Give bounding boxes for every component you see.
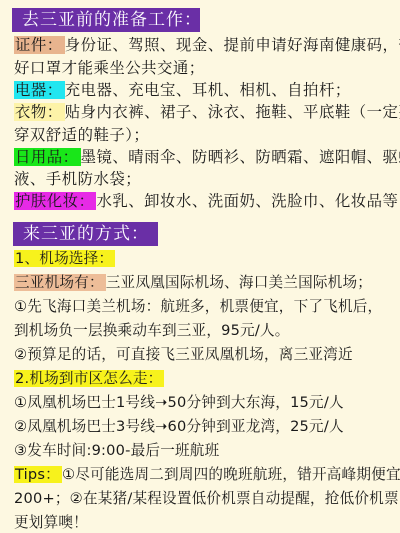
- item-documents: 证件：身份证、驾照、现金、提前申请好海南健康码，带: [14, 34, 392, 56]
- tips-line2: 200+；②在某猪/某程设置低价机票自动提醒，抢低价机票: [14, 488, 392, 510]
- tag-daily: 日用品：: [14, 148, 81, 166]
- departure-time: ③发车时间:9:00-最后一班航班: [14, 440, 392, 462]
- item-daily: 日用品：墨镜、晴雨伞、防晒衫、防晒霜、遮阳帽、驱蚊: [14, 146, 392, 168]
- item-electronics-text: 充电器、充电宝、耳机、相机、自拍杆；: [65, 81, 351, 99]
- bus-line-3: ②凤凰机场巴士3号线➝60分钟到亚龙湾，25元/人: [14, 416, 392, 438]
- tag-tips: Tips：: [14, 466, 62, 483]
- tips-text-1: ①尽可能选周二到周四的晚班航班，错开高峰期便宜: [62, 466, 400, 483]
- item-electronics: 电器：充电器、充电宝、耳机、相机、自拍杆；: [14, 79, 392, 101]
- option2: ②预算足的话，可直接飞三亚凤凰机场，离三亚湾近: [14, 344, 392, 366]
- tag-clothing: 衣物：: [14, 103, 65, 121]
- airport-choice: 1、机场选择：: [14, 248, 392, 270]
- tips-line1: Tips：①尽可能选周二到周四的晚班航班，错开高峰期便宜: [14, 464, 392, 486]
- travel-guide-page: 去三亚前的准备工作： 证件：身份证、驾照、现金、提前申请好海南健康码，带 好口罩…: [0, 0, 400, 533]
- section-header-preparation: 去三亚前的准备工作：: [12, 8, 200, 32]
- item-documents-text-2: 好口罩才能乘坐公共交通；: [14, 59, 205, 77]
- to-city: 2.机场到市区怎么走：: [14, 368, 392, 390]
- tag-skincare: 护肤化妆：: [14, 192, 96, 210]
- airports-list: 三亚机场有：三亚凤凰国际机场、海口美兰国际机场；: [14, 272, 392, 294]
- item-documents-cont: 好口罩才能乘坐公共交通；: [14, 57, 392, 79]
- item-clothing: 衣物：贴身内衣裤、裙子、泳衣、拖鞋、平底鞋（一定要: [14, 101, 392, 123]
- bus-line-1: ①凤凰机场巴士1号线➝50分钟到大东海，15元/人: [14, 392, 392, 414]
- tag-documents: 证件：: [14, 36, 65, 54]
- item-daily-cont: 液、手机防水袋；: [14, 168, 392, 190]
- item-clothing-cont: 穿双舒适的鞋子）；: [14, 124, 392, 146]
- item-daily-text-2: 液、手机防水袋；: [14, 170, 141, 188]
- item-documents-text: 身份证、驾照、现金、提前申请好海南健康码，带: [65, 36, 400, 54]
- item-clothing-text: 贴身内衣裤、裙子、泳衣、拖鞋、平底鞋（一定要: [65, 103, 400, 121]
- tag-electronics: 电器：: [14, 81, 65, 99]
- tips-line3: 更划算噢！: [14, 512, 392, 533]
- option1-line1: ①先飞海口美兰机场：航班多，机票便宜，下了飞机后，: [14, 296, 392, 318]
- section-header-transport: 来三亚的方式：: [13, 222, 158, 246]
- item-daily-text: 墨镜、晴雨伞、防晒衫、防晒霜、遮阳帽、驱蚊: [81, 148, 400, 166]
- airports-text: 三亚凤凰国际机场、海口美兰国际机场；: [106, 274, 372, 291]
- tag-airports: 三亚机场有：: [14, 274, 106, 291]
- item-skincare-text: 水乳、卸妆水、洗面奶、洗脸巾、化妆品等；: [96, 192, 400, 210]
- item-skincare: 护肤化妆：水乳、卸妆水、洗面奶、洗脸巾、化妆品等；: [14, 190, 392, 212]
- tag-airport-choice: 1、机场选择：: [14, 250, 115, 267]
- tag-to-city: 2.机场到市区怎么走：: [14, 370, 164, 387]
- item-clothing-text-2: 穿双舒适的鞋子）；: [14, 126, 149, 144]
- option1-line2: 到机场负一层换乘动车到三亚，95元/人。: [14, 320, 392, 342]
